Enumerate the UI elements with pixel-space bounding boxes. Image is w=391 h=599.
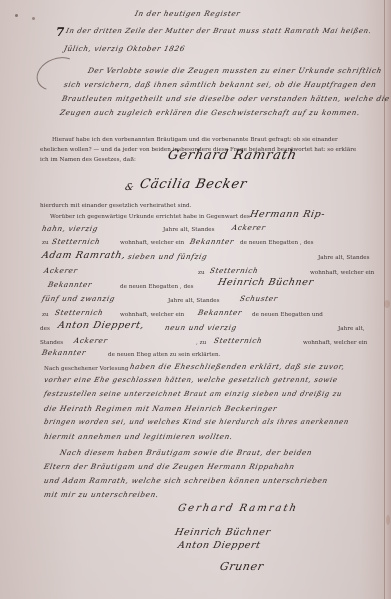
ink-stain: [384, 300, 390, 308]
groom-name: Gerhard Ramrath: [166, 148, 298, 163]
printed-residing-which-3: wohnhaft, welcher ein: [120, 312, 184, 318]
closing-line-9: und Adam Ramrath, welche sich schreiben …: [43, 476, 329, 485]
witness-2-name: Adam Ramrath,: [41, 250, 127, 261]
witness-3-name: Heinrich Büchner: [217, 277, 315, 288]
bride-name: Cäcilia Becker: [138, 177, 248, 192]
closing-line-10: mit mir zu unterschreiben.: [43, 490, 160, 499]
witness-1-relation: Bekannter: [189, 237, 235, 246]
printed-residing-which-2: wohnhaft, welcher ein: [310, 270, 374, 276]
printed-witness-intro: Worüber ich gegenwärtige Urkunde erricht…: [50, 214, 250, 220]
closing-line-8: Eltern der Bräutigam und die Zeugen Herm…: [43, 462, 296, 471]
witness-4-residence: Stetternich: [213, 336, 263, 345]
closing-line-3: festzustellen seine unterzeichnet Braut …: [43, 390, 343, 398]
printed-declaration-line-3: ich im Namen des Gesetzes, daß:: [40, 157, 136, 163]
witness-1-residence: Stetternich: [51, 237, 101, 246]
printed-spouse-of-2: de neuen Ehegatten , des: [120, 284, 194, 290]
remark-line-4: Zeugen auch zugleich erklären die Geschw…: [59, 108, 361, 117]
printed-zu-2: zu: [198, 270, 205, 276]
remark-line-2: sich versichern, daß ihnen sämtlich beka…: [63, 80, 377, 89]
witness-2-age: sieben und fünfzig: [127, 252, 208, 261]
printed-years-status-2: Jahre alt, Standes: [318, 255, 370, 261]
printed-years-old: Jahre alt,: [338, 326, 365, 332]
closing-line-6: hiermit annehmen und legitimieren wollte…: [43, 432, 234, 441]
signature-witness-heinrich: Heinrich Büchner: [174, 527, 272, 538]
witness-4-age: neun und vierzig: [164, 323, 238, 332]
printed-declared: de neuen Eheg atten zu sein erklärten.: [108, 352, 220, 358]
printed-declaration-line-1: Hierauf habe ich den vorbenannten Bräuti…: [52, 137, 338, 143]
printed-after-reading: Nach geschehener Vorlesung: [44, 366, 128, 372]
closing-line-5: bringen worden sei, und welches Kind sie…: [43, 418, 350, 426]
witness-1-name: Hermann Rip-: [249, 209, 326, 220]
witness-3-age: fünf und zwanzig: [41, 294, 116, 303]
witness-3-residence: Stetternich: [54, 308, 104, 317]
witness-2-residence: Stetternich: [209, 266, 259, 275]
printed-spouse-of: de neuen Ehegatten , des: [240, 240, 314, 246]
ink-speck: [15, 14, 18, 17]
ink-stain: [386, 515, 390, 525]
flourish-decoration: [32, 51, 84, 96]
printed-spouse-and: de neuen Ehegatten und: [252, 312, 323, 318]
remark-line-3: Brautleuten mitgetheilt und sie dieselbe…: [61, 94, 391, 103]
closing-line-1: haben die Eheschließenden erklärt, daß s…: [129, 362, 346, 371]
printed-zu-3: zu: [42, 312, 49, 318]
ink-speck: [32, 17, 35, 20]
witness-1-status: Ackerer: [231, 223, 267, 232]
register-page: In der heutigen Register 7 In der dritte…: [0, 0, 391, 599]
marginal-note-line-3: Jülich, vierzig Oktober 1826: [63, 44, 186, 53]
witness-2-status: Ackerer: [43, 266, 79, 275]
printed-years-status-3: Jahre alt, Standes: [168, 298, 220, 304]
signature-witness-anton: Anton Dieppert: [177, 540, 262, 551]
closing-line-7: Nach diesem haben Bräutigam sowie die Br…: [59, 448, 313, 457]
printed-residing-which-4: wohnhaft, welcher ein: [303, 340, 367, 346]
printed-standes: Standes: [40, 340, 63, 346]
printed-years-status: Jahre alt, Standes: [163, 227, 215, 233]
printed-married-clause: hierdurch mit einander gesetzlich verhei…: [40, 203, 191, 209]
remark-line-1: Der Verlobte sowie die Zeugen mussten zu…: [87, 66, 383, 75]
closing-line-4: die Heirath Regimen mit Namen Heinrich B…: [43, 404, 278, 413]
witness-3-relation: Bekannter: [197, 308, 243, 317]
witness-4-status: Ackerer: [73, 336, 109, 345]
marginal-note-line-1: In der heutigen Register: [134, 9, 241, 18]
signature-official: Gruner: [219, 560, 265, 573]
witness-4-relation: Bekannter: [41, 348, 87, 357]
witness-1-name-cont: hahn, vierzig: [41, 224, 99, 233]
printed-zu: zu: [42, 240, 49, 246]
printed-residing-which: wohnhaft, welcher ein: [120, 240, 184, 246]
signature-groom: Gerhard Ramrath: [177, 503, 299, 514]
printed-zu-4: , zu: [196, 340, 206, 346]
witness-3-status: Schuster: [239, 294, 279, 303]
printed-des: des: [40, 326, 50, 332]
bride-prefix: &: [124, 182, 135, 193]
entry-numeral: 7: [55, 25, 66, 39]
witness-2-relation: Bekannter: [47, 280, 93, 289]
marginal-note-line-2: In der dritten Zeile der Mutter der Brau…: [65, 27, 372, 35]
witness-4-name: Anton Dieppert,: [57, 320, 145, 331]
closing-line-2: vorher eine Ehe geschlossen hätten, welc…: [43, 376, 338, 384]
